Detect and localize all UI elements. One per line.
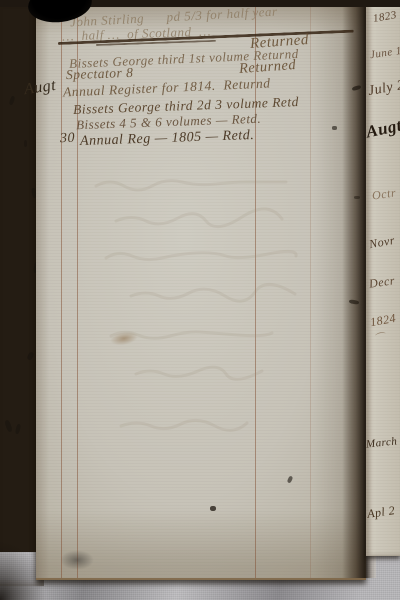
facing-date-novr: Novr	[368, 234, 396, 250]
facing-date-apl: Apl 2	[366, 504, 396, 520]
facing-date-1823: 1823	[372, 10, 398, 25]
facing-date-july: July 2	[367, 79, 400, 99]
ledger-entry-day: 30	[60, 132, 75, 147]
photograph-of-ledger: John Stirling pd 5/3 for half year … hal…	[0, 0, 400, 600]
ledger-page: John Stirling pd 5/3 for half year … hal…	[36, 6, 366, 580]
ink-speck	[210, 506, 216, 511]
facing-date-augt: Augt	[366, 116, 400, 140]
ink-speck	[332, 126, 337, 130]
facing-date-june: June 1	[369, 46, 400, 61]
facing-squiggle: ⌒	[373, 333, 387, 346]
facing-date-march: March	[366, 436, 398, 450]
facing-date-1824: 1824	[369, 312, 397, 328]
facing-date-octr: Octr	[371, 186, 396, 201]
ink-speck	[24, 140, 27, 147]
facing-date-decr: Decr	[368, 274, 395, 290]
facing-page-sliver: 1823 June 1 July 2 Augt Octr Novr Decr 1…	[366, 0, 400, 556]
gutter-ink-mark	[354, 196, 360, 199]
ledger-entry-spectator: Spectator 8	[66, 66, 134, 82]
dark-smudge	[60, 550, 94, 570]
